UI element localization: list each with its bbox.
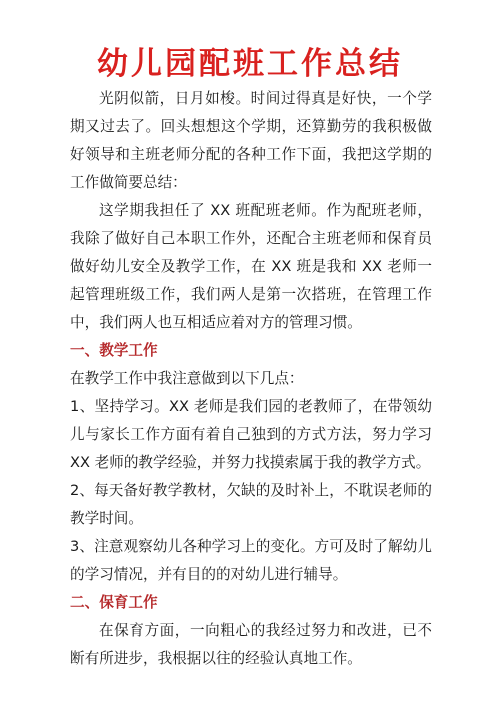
intro-paragraph-1: 光阴似箭，日月如梭。时间过得真是好快，一个学期又过去了。回头想想这个学期，还算勤…	[70, 85, 432, 197]
section-body-care: 在保育方面，一向粗心的我经过努力和改进，已不断有所进步，我根据以往的经验认真地工…	[70, 617, 432, 673]
section-teaching: 一、教学工作 在教学工作中我注意做到以下几点： 1、坚持学习。XX 老师是我们园…	[70, 337, 432, 589]
document-page: 幼儿园配班工作总结 光阴似箭，日月如梭。时间过得真是好快，一个学期又过去了。回头…	[0, 0, 500, 710]
section-heading-care: 二、保育工作	[70, 589, 432, 617]
section-intro-teaching: 在教学工作中我注意做到以下几点：	[70, 365, 432, 393]
list-item: 1、坚持学习。XX 老师是我们园的老教师了，在带领幼儿与家长工作方面有着自己独到…	[70, 393, 432, 477]
list-item: 3、注意观察幼儿各种学习上的变化。方可及时了解幼儿的学习情况，并有目的的对幼儿进…	[70, 533, 432, 589]
section-heading-teaching: 一、教学工作	[70, 337, 432, 365]
document-title: 幼儿园配班工作总结	[0, 44, 500, 84]
list-item: 2、每天备好教学教材，欠缺的及时补上，不耽误老师的教学时间。	[70, 477, 432, 533]
intro-paragraph-2: 这学期我担任了 XX 班配班老师。作为配班老师，我除了做好自己本职工作外，还配合…	[70, 197, 432, 337]
section-care: 二、保育工作 在保育方面，一向粗心的我经过努力和改进，已不断有所进步，我根据以往…	[70, 589, 432, 673]
document-body: 光阴似箭，日月如梭。时间过得真是好快，一个学期又过去了。回头想想这个学期，还算勤…	[70, 85, 432, 673]
